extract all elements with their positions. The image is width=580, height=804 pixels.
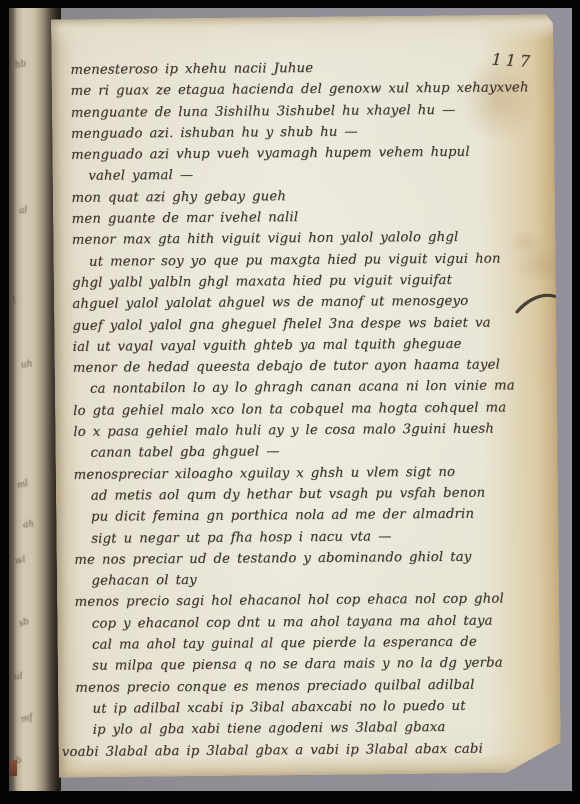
- manuscript-line-text: sigt u negar ut pa fha hosp i nacu vta —: [91, 529, 391, 546]
- manuscript-line-text: gehacan ol tay: [91, 573, 196, 589]
- manuscript-line-text: guef yalol yalol gna gheguel fhelel 3na …: [72, 315, 490, 333]
- manuscript-line-text: ip ylo al gba xabi tiene agodeni ws 3lab…: [93, 720, 446, 738]
- manuscript-page: 117 menesteroso ip xhehu nacii Juhue me …: [51, 14, 561, 777]
- manuscript-line-text: ut ip adilbal xcabi ip 3ibal abaxcabi no…: [92, 699, 465, 717]
- manuscript-line-text: pu dicit femina gn porthica nola ad me d…: [91, 507, 474, 525]
- manuscript-line-text: lo gta gehiel malo xco lon ta cobquel ma…: [73, 400, 506, 418]
- manuscript-line-text: ca nontabilon lo ay lo ghragh canan acan…: [90, 379, 515, 397]
- gutter-writing-fragment: ul: [14, 672, 24, 683]
- manuscript-line-text: cop y ehacanol cop dnt u ma ahol tayana …: [92, 613, 493, 631]
- manuscript-text: menesteroso ip xhehu nacii Juhue me ri g…: [70, 59, 550, 765]
- manuscript-line-text: menguante de luna 3ishilhu 3ishubel hu x…: [71, 102, 456, 120]
- gutter-writing-fragment: ah: [23, 520, 35, 531]
- manuscript-line-text: ghgl yalbl yalbln ghgl maxata hied pu vi…: [72, 273, 452, 291]
- manuscript-line-text: menos precio sagi hol ehacanol hol cop e…: [75, 592, 504, 610]
- manuscript-line-text: menor max gta hith viguit vigui hon yalo…: [72, 230, 459, 248]
- manuscript-line-text: ad metis aol qum dy hethar but vsagh pu …: [91, 486, 486, 504]
- gutter-writing-fragment: wl: [14, 555, 26, 567]
- gutter-writing-fragment: l: [11, 296, 17, 306]
- manuscript-line-text: menos precio conque es menos preciado qu…: [75, 677, 474, 695]
- book-edge-mark: [10, 760, 17, 776]
- manuscript-line-text: me ri guax ze etagua hacienda del genoxw…: [71, 81, 529, 100]
- manuscript-line-text: menesteroso ip xhehu nacii Juhue: [70, 61, 313, 78]
- manuscript-line-text: voabi 3labal aba ip 3labal gbax a vabi i…: [62, 741, 483, 759]
- manuscript-line-text: menospreciar xiloagho xguilay x ghsh u v…: [74, 464, 456, 482]
- gutter-writing-fragment: sb: [18, 617, 31, 630]
- manuscript-line-text: su milpa que piensa q no se dara mais y …: [92, 656, 503, 674]
- gutter-writing-fragment: ml: [16, 479, 30, 492]
- gutter-writing-fragment: al: [19, 206, 28, 217]
- manuscript-line-text: canan tabel gba ghguel —: [90, 445, 279, 461]
- gutter-writing-fragment: mf: [20, 713, 34, 726]
- manuscript-line-text: ial ut vayal vayal vguith ghteb ya mal t…: [73, 337, 462, 355]
- gutter-writing-fragment: hb: [14, 59, 27, 71]
- manuscript-line: voabi 3labal aba ip 3labal gbax a vabi i…: [62, 741, 550, 766]
- manuscript-line-text: vahel yamal —: [88, 168, 193, 184]
- gutter-writing-fragment: uh: [20, 359, 33, 371]
- manuscript-line-text: me nos preciar ud de testando y abominan…: [74, 550, 471, 568]
- manuscript-line-text: lo x pasa gehiel malo huli ay y le cosa …: [73, 422, 494, 440]
- manuscript-line-text: menor de hedad queesta debajo de tutor a…: [73, 358, 500, 376]
- manuscript-line-text: cal ma ahol tay guinal al que pierde la …: [92, 635, 477, 653]
- manuscript-line-text: menguado azi. ishuban hu y shub hu —: [71, 124, 358, 141]
- manuscript-line-text: ut menor soy yo que pu maxgta hied pu vi…: [89, 251, 501, 269]
- manuscript-line-text: menguado azi vhup vueh vyamagh hupem veh…: [71, 145, 470, 163]
- scan-background: hballuhmlahwlsbulmfb 117 menesteroso ip …: [9, 8, 572, 791]
- manuscript-line-text: mon quat azi ghy gebay gueh: [71, 189, 286, 206]
- manuscript-line-text: men guante de mar ivehel nalil: [72, 210, 299, 227]
- manuscript-line-text: ahguel yalol yalolat ahguel ws de manof …: [72, 294, 468, 312]
